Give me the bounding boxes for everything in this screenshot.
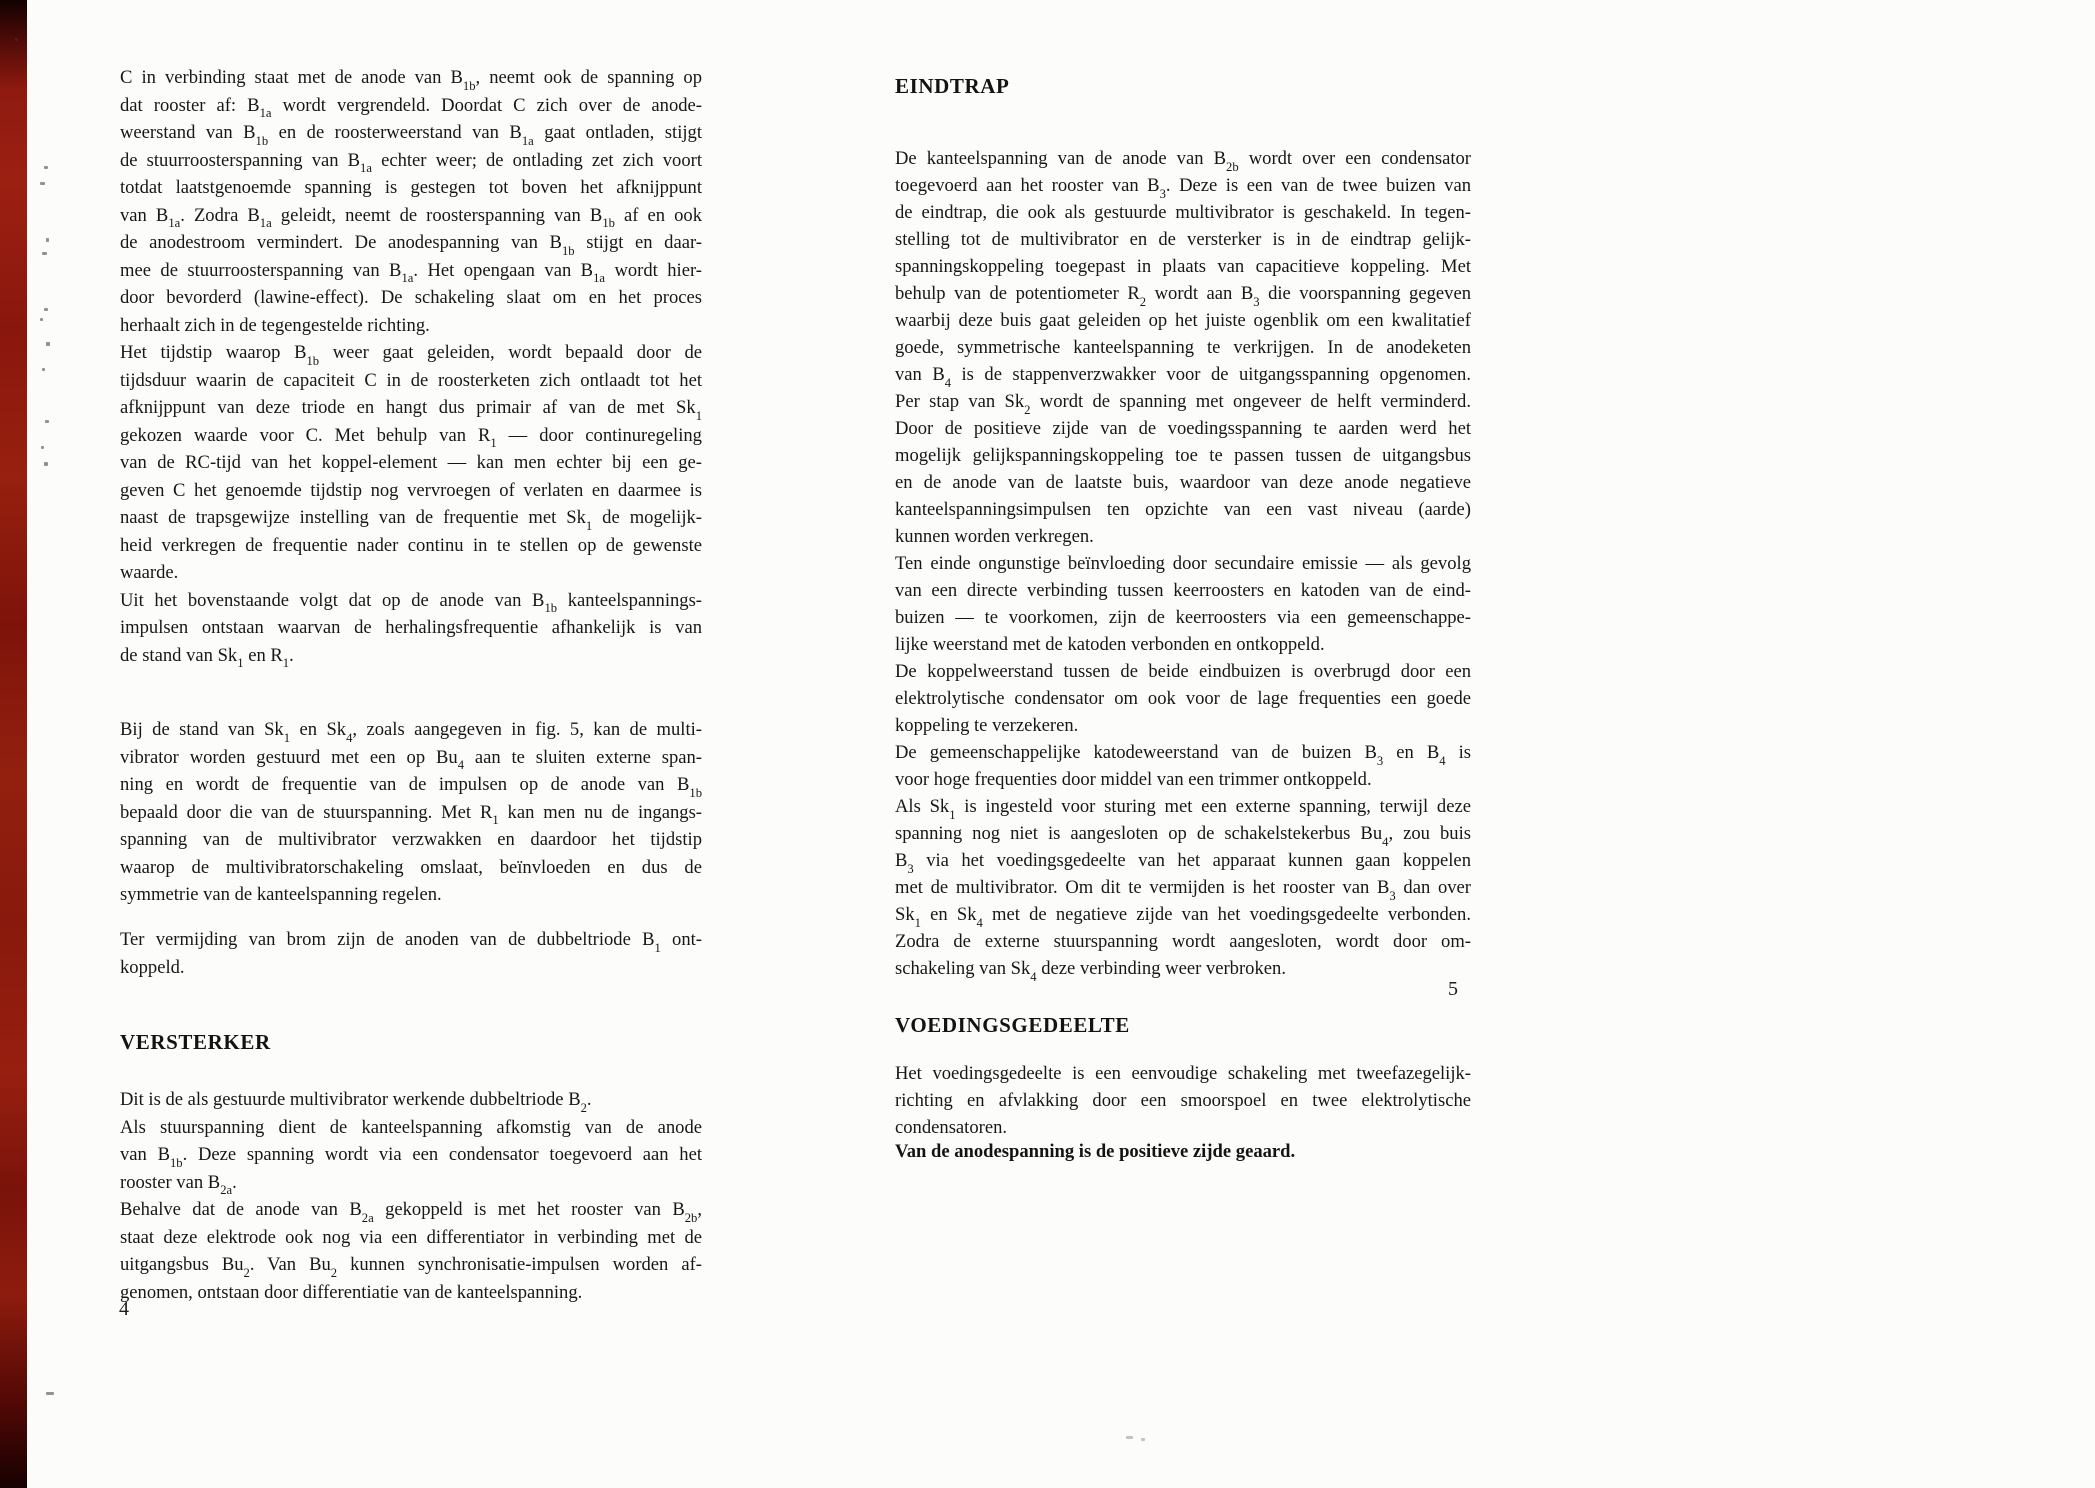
text-line: symmetrie van de kanteelspanning regelen… [120, 881, 702, 909]
left-page-intro-block: C in verbinding staat met de anode van B… [120, 64, 702, 669]
text-line: Door de positieve zijde van de voedingss… [895, 415, 1471, 442]
text-line: Als Sk1 is ingesteld voor sturing met ee… [895, 793, 1471, 820]
text-line: lijke weerstand met de katoden verbonden… [895, 631, 1471, 658]
text-line: waarde. [120, 559, 702, 587]
text-line: B3 via het voedingsgedeelte van het appa… [895, 847, 1471, 874]
text-line: Het voedingsgedeelte is een eenvoudige s… [895, 1060, 1471, 1087]
left-page-number: 4 [119, 1298, 129, 1321]
text-line: Ter vermijding van brom zijn de anoden v… [120, 926, 702, 954]
text-line: richting en afvlakking door een smoorspo… [895, 1087, 1471, 1114]
text-line: behulp van de potentiometer R2 wordt aan… [895, 280, 1471, 307]
text-line: kunnen worden verkregen. [895, 523, 1471, 550]
text-line: gekozen waarde voor C. Met behulp van R1… [120, 422, 702, 450]
text-line: uitgangsbus Bu2. Van Bu2 kunnen synchron… [120, 1251, 702, 1279]
text-line: Uit het bovenstaande volgt dat op de ano… [120, 587, 702, 615]
text-line: spanning nog niet is aangesloten op de s… [895, 820, 1471, 847]
text-line: geven C het genoemde tijdstip nog vervro… [120, 477, 702, 505]
text-line: genomen, ontstaan door differentiatie va… [120, 1279, 702, 1307]
text-line: kanteelspanningsimpulsen ten opzichte va… [895, 496, 1471, 523]
text-line: De gemeenschappelijke katodeweerstand va… [895, 739, 1471, 766]
text-line: Dit is de als gestuurde multivibrator we… [120, 1086, 702, 1114]
text-line: de anodestroom vermindert. De anodespann… [120, 229, 702, 257]
text-line: koppeld. [120, 954, 702, 982]
text-line: Zodra de externe stuurspanning wordt aan… [895, 928, 1471, 955]
versterker-block: Dit is de als gestuurde multivibrator we… [120, 1086, 702, 1306]
book-edge-red-bar [0, 0, 27, 1488]
text-line: dat rooster af: B1a wordt vergrendeld. D… [120, 92, 702, 120]
text-line: herhaalt zich in de tegengestelde richti… [120, 312, 702, 340]
text-line: Behalve dat de anode van B2a gekoppeld i… [120, 1196, 702, 1224]
text-line: goede, symmetrische kanteelspanning te v… [895, 334, 1471, 361]
text-line: staat deze elektrode ook nog via een dif… [120, 1224, 702, 1252]
text-line: van een directe verbinding tussen keerro… [895, 577, 1471, 604]
text-line: De koppelweerstand tussen de beide eindb… [895, 658, 1471, 685]
text-line: condensatoren. [895, 1114, 1471, 1141]
voedingsgedeelte-heading: VOEDINGSGEDEELTE [895, 1013, 1130, 1038]
versterker-heading: VERSTERKER [120, 1030, 271, 1055]
text-line: heid verkregen de frequentie nader conti… [120, 532, 702, 560]
left-page-ter-vermijding-block: Ter vermijding van brom zijn de anoden v… [120, 926, 702, 981]
text-line: schakeling van Sk4 deze verbinding weer … [895, 955, 1471, 982]
text-line: Ten einde ongunstige beïnvloeding door s… [895, 550, 1471, 577]
text-line: naast de trapsgewijze instelling van de … [120, 504, 702, 532]
text-line: totdat laatstgenoemde spanning is gesteg… [120, 174, 702, 202]
text-line: van de RC-tijd van het koppel-element — … [120, 449, 702, 477]
text-line: Per stap van Sk2 wordt de spanning met o… [895, 388, 1471, 415]
text-line: van B1a. Zodra B1a geleidt, neemt de roo… [120, 202, 702, 230]
text-line: spanningskoppeling toegepast in plaats v… [895, 253, 1471, 280]
text-line: waarbij deze buis gaat geleiden op het j… [895, 307, 1471, 334]
text-line: afknijppunt van deze triode en hangt dus… [120, 394, 702, 422]
text-line: elektrolytische condensator om ook voor … [895, 685, 1471, 712]
text-line: Bij de stand van Sk1 en Sk4, zoals aange… [120, 716, 702, 744]
text-line: Het tijdstip waarop B1b weer gaat geleid… [120, 339, 702, 367]
text-line: de stand van Sk1 en R1. [120, 642, 702, 670]
eindtrap-block: De kanteelspanning van de anode van B2b … [895, 145, 1471, 982]
text-line: bepaald door die van de stuurspanning. M… [120, 799, 702, 827]
text-line: met de multivibrator. Om dit te vermijde… [895, 874, 1471, 901]
text-line: C in verbinding staat met de anode van B… [120, 64, 702, 92]
text-line: stelling tot de multivibrator en de vers… [895, 226, 1471, 253]
left-page-bij-de-stand-block: Bij de stand van Sk1 en Sk4, zoals aange… [120, 716, 702, 909]
text-line: voor hoge frequenties door middel van ee… [895, 766, 1471, 793]
text-line: door bevorderd (lawine-effect). De schak… [120, 284, 702, 312]
text-line: mee de stuurroosterspanning van B1a. Het… [120, 257, 702, 285]
text-line: spanning van de multivibrator verzwakken… [120, 826, 702, 854]
text-line: en de anode van de laatste buis, waardoo… [895, 469, 1471, 496]
text-line: tijdsduur waarin de capaciteit C in de r… [120, 367, 702, 395]
right-page-number: 5 [1448, 978, 1458, 1001]
text-line: toegevoerd aan het rooster van B3. Deze … [895, 172, 1471, 199]
text-line: mogelijk gelijkspanningskoppeling toe te… [895, 442, 1471, 469]
anodespanning-bold-note: Van de anodespanning is de positieve zij… [895, 1141, 1295, 1163]
text-line: buizen — te voorkomen, zijn de keerroost… [895, 604, 1471, 631]
text-line: weerstand van B1b en de roosterweerstand… [120, 119, 702, 147]
text-line: rooster van B2a. [120, 1169, 702, 1197]
text-line: Sk1 en Sk4 met de negatieve zijde van he… [895, 901, 1471, 928]
text-line: impulsen ontstaan waarvan de herhalingsf… [120, 614, 702, 642]
text-line: vibrator worden gestuurd met een op Bu4 … [120, 744, 702, 772]
text-line: De kanteelspanning van de anode van B2b … [895, 145, 1471, 172]
text-line: de eindtrap, die ook als gestuurde multi… [895, 199, 1471, 226]
eindtrap-heading: EINDTRAP [895, 74, 1009, 99]
voedingsgedeelte-block: Het voedingsgedeelte is een eenvoudige s… [895, 1060, 1471, 1141]
text-line: koppeling te verzekeren. [895, 712, 1471, 739]
text-line: de stuurroosterspanning van B1a echter w… [120, 147, 702, 175]
text-line: waarop de multivibratorschakeling omslaa… [120, 854, 702, 882]
text-line: van B1b. Deze spanning wordt via een con… [120, 1141, 702, 1169]
text-line: Als stuurspanning dient de kanteelspanni… [120, 1114, 702, 1142]
text-line: van B4 is de stappenverzwakker voor de u… [895, 361, 1471, 388]
text-line: ning en wordt de frequentie van de impul… [120, 771, 702, 799]
